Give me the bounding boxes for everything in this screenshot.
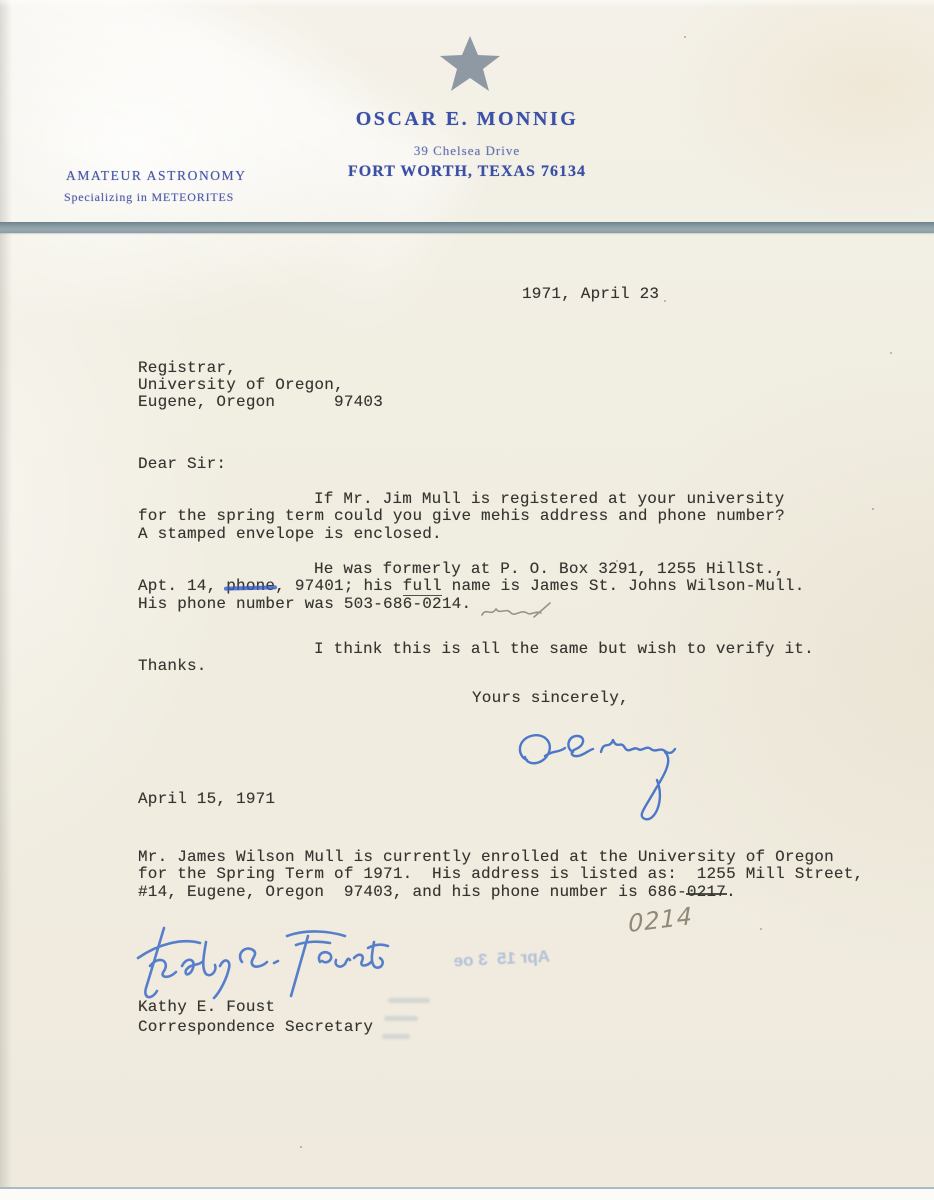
dust-speck [872,508,874,510]
bleedthrough-stamp: Apr 15 3 oe [420,947,551,974]
specialty-line-2: Specializing in METEORITES [64,190,234,205]
typed-signer-name: Kathy E. Foust [138,999,275,1017]
foust-signature [124,916,392,1006]
pencil-scribble [478,598,558,622]
bleedthrough-mark [384,1016,418,1021]
dust-speck [684,36,686,38]
memo-date: April 15, 1971 [138,791,275,809]
bleedthrough-mark [388,998,430,1003]
letter-date: 1971, April 23 [522,286,659,304]
struck-number: 0217 [687,884,726,902]
salutation: Dear Sir: [138,456,226,474]
line-segment: , 97401; his [275,577,402,595]
letterhead-divider-rule [0,222,934,233]
closing: Yours sincerely, [472,690,629,708]
recipient-line: University of Oregon, [138,377,344,395]
line-segment: name is James St. Johns Wilson-Mull. [442,577,805,595]
bleedthrough-mark [382,1034,410,1039]
pencil-correction: 0214 [628,902,693,938]
typed-signer-title: Correspondence Secretary [138,1019,373,1037]
ink-struck-word: phone [226,578,275,596]
scan-bottom-margin [0,1189,934,1200]
specialty-line-1: AMATEUR ASTRONOMY [66,168,247,184]
verification-line-2: for the Spring Term of 1971. His address… [138,866,863,884]
scan-top-edge [0,0,934,7]
sender-street: 39 Chelsea Drive [0,143,934,159]
paragraph-3-line-2: Thanks. [138,658,207,676]
paragraph-1-line-1: If Mr. Jim Mull is registered at your un… [314,491,784,509]
monnig-signature [505,712,680,824]
sender-name: OSCAR E. MONNIG [0,108,934,131]
underlined-word: full [403,577,442,596]
paragraph-2-line-1: He was formerly at P. O. Box 3291, 1255 … [314,561,784,579]
dust-speck [760,928,762,930]
paragraph-3-line-1: I think this is all the same but wish to… [314,641,814,659]
paragraph-1-line-2: for the spring term could you give mehis… [138,508,785,526]
dust-speck [300,1146,302,1148]
letter-scan: OSCAR E. MONNIG 39 Chelsea Drive FORT WO… [0,0,934,1200]
line-segment: . [726,883,736,901]
recipient-line: Eugene, Oregon 97403 [138,394,383,412]
line-segment: #14, Eugene, Oregon 97403, and his phone… [138,883,687,901]
dust-speck [664,300,666,302]
dust-speck [890,352,892,354]
verification-line-1: Mr. James Wilson Mull is currently enrol… [138,849,834,867]
recipient-line: Registrar, [138,360,236,378]
paragraph-1-line-3: A stamped envelope is enclosed. [138,526,442,544]
verification-line-3: #14, Eugene, Oregon 97403, and his phone… [138,884,736,902]
paragraph-2-line-3: His phone number was 503-686-0214. [138,596,471,614]
line-segment: Apt. 14, [138,577,226,595]
star-icon [439,36,501,92]
paragraph-2-line-2: Apt. 14, phone, 97401; his full name is … [138,578,805,596]
